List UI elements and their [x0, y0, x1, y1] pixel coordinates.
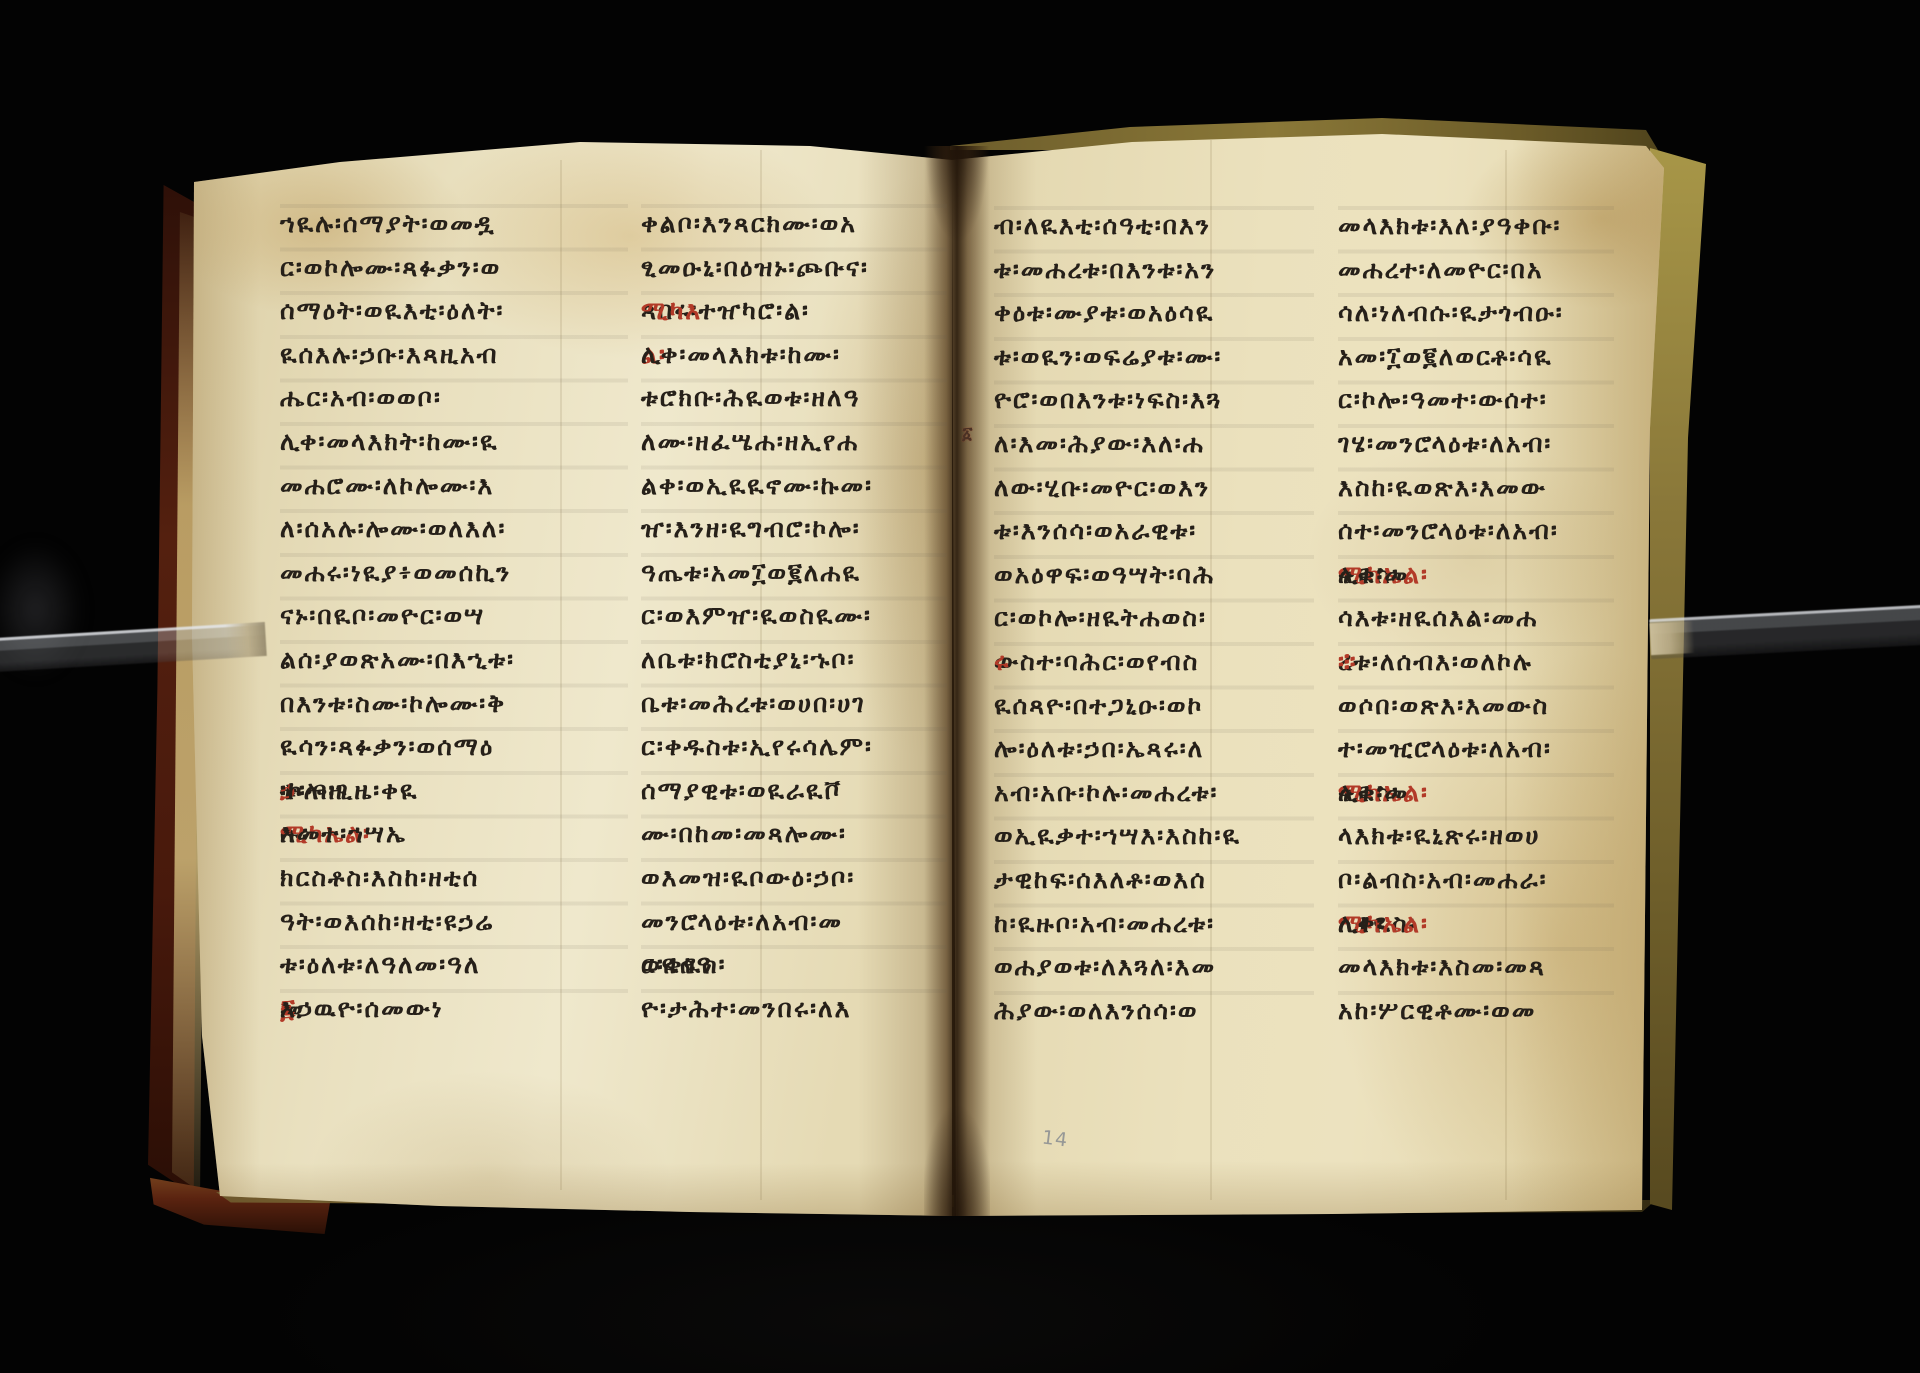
manuscript-text-line: ቱሮክቡ፡ሕዪወቱ፡ዘለዓ	[641, 378, 947, 422]
black-ink-text: ውስተ፡ባሕር፡ወየብስ	[994, 642, 1199, 682]
black-ink-text: ሰማዕት፡ወዪእቲ፡ዕለት፡	[280, 291, 504, 331]
black-ink-text: ኀዪሉ፡ሰማያት፡ወመዷ	[280, 204, 496, 244]
black-ink-text: ሎ፡ዕለቱ፡ኃበ፡ኤጻሩ፡ለ	[994, 729, 1204, 769]
black-ink-text: መሐሮሙ፡ለኮሎሙ፡እ	[280, 466, 494, 506]
left-page-column-1: ኀዪሉ፡ሰማያት፡ወመዷር፡ወኮሎሙ፡ጻፉቃን፡ወሰማዕት፡ወዪእቲ፡ዕለት፡ዪ…	[280, 204, 628, 1032]
black-ink-text: ሊቀ፡መላእክቱ፡ከሙ፡	[641, 335, 841, 375]
manuscript-text-line: መሐሮሙ፡ለኮሎሙ፡እ	[280, 466, 628, 510]
black-ink-text: ፂመዑኒ፡በዕዝኑ፡ጮቡና፡	[641, 248, 869, 288]
black-ink-text: ብ፡ለዪእቲ፡ሰዓቲ፡በእን	[994, 206, 1211, 246]
black-ink-text: ለው፡ሂቡ፡መዮር፡ወእን	[994, 468, 1210, 508]
manuscript-text-line: ሊቀ፡መላእክት፡ከሙ፡ዪ	[280, 422, 628, 466]
manuscript-text-line: ቦ፡ልብስ፡አብ፡መሐራ፡	[1338, 860, 1614, 904]
black-ink-text: ዮ፡ታሕተ፡መንበሩ፡ለእ	[641, 989, 851, 1029]
manuscript-text-line: ሱ፡ሚካኤል፡እመተ፡ኀሣኤ	[280, 814, 628, 858]
black-ink-text: ሔር፡አብ፡ወወቦ፡	[280, 378, 442, 418]
manuscript-text-line: ወሐያወቱ፡ለእጓለ፡እመ	[994, 947, 1314, 991]
black-ink-text: ሰማያዊቱ፡ወዪራዪቮ	[641, 771, 842, 811]
manuscript-text-line: ፂመዑኒ፡በዕዝኑ፡ጮቡና፡	[641, 248, 947, 292]
black-ink-text: ር፡ወኮሎ፡ዘዪትሐወስ፡	[994, 598, 1207, 638]
black-ink-text: ለሙ፡ዘፈሤሐ፡ዘኢየሐ	[641, 422, 859, 462]
black-ink-text: ወዪሰዓ	[641, 945, 713, 985]
right-fore-edge	[1650, 138, 1720, 1216]
manuscript-text-line: ለ፡እመ፡ሕያው፡እለ፡ሐ	[994, 424, 1314, 468]
manuscript-text-line: ቱ፡ዕለቱ፡ለዓለመ፡ዓለ	[280, 945, 628, 989]
black-ink-text: ቱ፡ዕለቱ፡ለዓለመ፡ዓለ	[280, 945, 481, 985]
manuscript-text-line: ር፡ወእምዠ፡ዪወስዪሙ፡	[641, 596, 947, 640]
manuscript-text-line: ቤቱ፡መሕረቱ፡ወሀበ፡ሀገ	[641, 684, 947, 728]
right-plexiglass-strip	[1649, 605, 1920, 659]
manuscript-text-line: አብ፡አቡ፡ኮሉ፡መሐረቱ፡	[994, 773, 1314, 817]
manuscript-text-line: ዪሳን፡ጻፉቃን፡ወሰማዕ	[280, 727, 628, 771]
manuscript-text-line: ላእክቱ፡ዪኒጽሩ፡ዘወሀ	[1338, 816, 1614, 860]
manuscript-text-line: ታዊከፍ፡ሰእለቶ፡ወእሰ	[994, 860, 1314, 904]
rubric-red-text: ሚካእ	[641, 291, 702, 331]
manuscript-text-line: ዓጤቱ፡አመ፲ወ፪ለሐዪ	[641, 553, 947, 597]
black-ink-text: ቱ፡እንሰሳ፡ወአራዊቱ፡	[994, 511, 1197, 551]
manuscript-text-line: ቀዪስ፡ሚካኤል፡ሊቀ፡መ	[1338, 555, 1614, 599]
manuscript-text-line: ዮ፡ታሕተ፡መንበሩ፡ለእ	[641, 989, 947, 1033]
manuscript-text-line: ቱ፡መሐረቱ፡በእንቱ፡አን	[994, 250, 1314, 294]
manuscript-text-line: ወእመዝ፡ዪቦውዕ፡ኃቦ፡	[641, 858, 947, 902]
black-ink-text: በእንቱ፡ስሙ፡ኮሎሙ፡ቅ	[280, 684, 506, 724]
manuscript-text-line: ዪሰጻዮ፡በተጋኒዑ፡ወኮ	[994, 686, 1314, 730]
manuscript-text-line: ር፡ቀዪስ፡ወዪሰዓ	[641, 945, 947, 989]
manuscript-text-line: ሕያው፡ወለእንሰሳ፡ወ	[994, 991, 1314, 1035]
black-ink-text: ሳእቱ፡ዘዪሰእል፡መሐ	[1338, 598, 1538, 638]
black-ink-text: ቀልቦ፡እንጻርክሙ፡ወአ	[641, 204, 857, 244]
right-page-column-1: ብ፡ለዪእቲ፡ሰዓቲ፡በእንቱ፡መሐረቱ፡በእንቱ፡አንቀዕቱ፡ሙያቱ፡ወአዕሳ…	[994, 206, 1314, 1034]
manuscript-text-line: ገሄ፡መንሮላዕቱ፡ለአብ፡	[1338, 424, 1614, 468]
black-ink-text: እመተ፡ኀሣኤ	[280, 814, 407, 854]
black-ink-text: ሰተ፡መንሮላዕቱ፡ለአብ፡	[1338, 511, 1559, 551]
manuscript-text-line: ኀዪሉ፡ሰማያት፡ወመዷ	[280, 204, 628, 248]
black-ink-text: ዪሳን፡ጻፉቃን፡ወሰማዕ	[280, 727, 494, 767]
manuscript-text-line: መላእክቱ፡እለ፡ያዓቀቡ፡	[1338, 206, 1614, 250]
manuscript-text-line: ጻበሩ፡ተዠካሮ፡ል፡ሚካእ	[641, 291, 947, 335]
manuscript-text-line: ሙ፡በከመ፡መጻሎሙ፡	[641, 814, 947, 858]
manuscript-text-line: ወሶበ፡ወጽእ፡እመውስ	[1338, 686, 1614, 730]
black-ink-text: ላእክቱ፡ዪኒጽሩ፡ዘወሀ	[1338, 816, 1541, 856]
black-ink-text: ወኢዪቃተ፡ኀሣእ፡እስከ፡ዪ	[994, 816, 1241, 856]
black-ink-text: ክርስቶስ፡እስከ፡ዘቲሰ	[280, 858, 479, 898]
black-ink-text: ለቤቱ፡ክሮስቲያኒ፡ኁቦ፡	[641, 640, 856, 680]
black-ink-text: መላእክቱ፡እለ፡ያዓቀቡ፡	[1338, 206, 1561, 246]
black-ink-text: ሳለ፡ነለብሱ፡ዪታጎብዑ፡	[1338, 293, 1564, 333]
manuscript-text-line: ቀዕቱ፡ሙያቱ፡ወአዕሳዪ	[994, 293, 1314, 337]
manuscript-text-line: ለቤቱ፡ክሮስቲያኒ፡ኁቦ፡	[641, 640, 947, 684]
black-ink-text: ወአዕዋፍ፡ወዓሣት፡ባሕ	[994, 555, 1215, 595]
manuscript-text-line: ዓት፡ወእሰከ፡ዘቲ፡ዩኃሬ	[280, 902, 628, 946]
black-ink-text: ወእመዝ፡ዪቦውዕ፡ኃቦ፡	[641, 858, 855, 898]
manuscript-text-line: መሐረተ፡ለመዮር፡በአ	[1338, 250, 1614, 294]
black-ink-text: አከ፡ሦርዊቶሙ፡ወመ	[1338, 991, 1536, 1031]
manuscript-text-line: አመ፡፲ወ፪ለወርቶ፡ሳዪ	[1338, 337, 1614, 381]
manuscript-text-line: ቱ፡እንሰሳ፡ወአራዊቱ፡	[994, 511, 1314, 555]
manuscript-text-line: ልቀ፡ወኢዪዪኖሙ፡ኩመ፡	[641, 466, 947, 510]
rubric-red-text: ፨	[1338, 642, 1358, 682]
black-ink-text: ሙ፡በከመ፡መጻሎሙ፡	[641, 814, 847, 854]
black-ink-text: መንሮላዕቱ፡ለአብ፡መ	[641, 902, 843, 942]
manuscript-text-line: ወአዕዋፍ፡ወዓሣት፡ባሕ	[994, 555, 1314, 599]
black-ink-text: ዓጤቱ፡አመ፲ወ፪ለሐዪ	[641, 553, 861, 593]
black-ink-text: እኃዉዮ፡ሰመውነ	[280, 989, 444, 1029]
manuscript-text-line: ከ፡ዪዙቦ፡አብ፡መሐረቱ፡	[994, 904, 1314, 948]
manuscript-text-line: ለው፡ሂቡ፡መዮር፡ወእን	[994, 468, 1314, 512]
black-ink-text: ወሶበ፡ወጽእ፡እመውስ	[1338, 686, 1549, 726]
manuscript-text-line: ለሙ፡ዘፈሤሐ፡ዘኢየሐ	[641, 422, 947, 466]
black-ink-text: ሕያው፡ወለእንሰሳ፡ወ	[994, 991, 1199, 1031]
manuscript-text-line: ሔር፡አብ፡ወወቦ፡	[280, 378, 628, 422]
black-ink-text: ቱ፡መሐረቱ፡በእንቱ፡አን	[994, 250, 1216, 290]
manuscript-text-line: ሰማዕት፡ወዪእቲ፡ዕለት፡	[280, 291, 628, 335]
manuscript-text-line: ሎ፡ዕለቱ፡ኃበ፡ኤጻሩ፡ለ	[994, 729, 1314, 773]
manuscript-text-line: ር፡ቀዱስቱ፡ኢየሩሳሌም፡	[641, 727, 947, 771]
marginal-numeral: ፩	[962, 424, 972, 444]
manuscript-text-line: ር፡ወኮሎሙ፡ጻፉቃን፡ወ	[280, 248, 628, 292]
black-ink-text: ወሐያወቱ፡ለእጓለ፡እመ	[994, 947, 1216, 987]
manuscript-text-line: ቀዪስ፡ሚካኤል፡ሊቀ፡መ	[1338, 773, 1614, 817]
rubric-red-text: ሩ	[994, 642, 1010, 682]
black-ink-text: ዓት፡ወእሰከ፡ዘቲ፡ዩኃሬ	[280, 902, 494, 942]
manuscript-text-line: ልሰ፡ያወጽአሙ፡በእኂቱ፡	[280, 640, 628, 684]
black-ink-text: ቱ፡ወዪን፡ወፍሬያቱ፡ሙ፡	[994, 337, 1222, 377]
manuscript-text-line: ዪሰእሉ፡ኃቡ፡እጻዚአብ	[280, 335, 628, 379]
black-ink-text: ተ፡መዢሮላዕቱ፡ለአብ፡	[1338, 729, 1552, 769]
manuscript-text-line: ውስተ፡ባሕር፡ወየብስሩ	[994, 642, 1314, 686]
black-ink-text: ዮሮ፡ወበእንቱ፡ነፍስ፡እጓ	[994, 380, 1222, 420]
black-ink-text: ለ፡እመ፡ሕያው፡እለ፡ሐ	[994, 424, 1205, 464]
manuscript-text-line: መ፯እኃዉዮ፡ሰመውነ	[280, 989, 628, 1033]
black-ink-text: አብ፡አቡ፡ኮሉ፡መሐረቱ፡	[994, 773, 1218, 813]
manuscript-text-line: ዮሮ፡ወበእንቱ፡ነፍስ፡እጓ	[994, 380, 1314, 424]
manuscript-text-line: ለቀዪስ፡ሚካኤል፡ሊቀ፡	[1338, 904, 1614, 948]
black-ink-text: አመ፡፲ወ፪ለወርቶ፡ሳዪ	[1338, 337, 1552, 377]
manuscript-text-line: አከ፡ሦርዊቶሙ፡ወመ	[1338, 991, 1614, 1035]
black-ink-text: ቀዕቱ፡ሙያቱ፡ወአዕሳዪ	[994, 293, 1214, 333]
black-ink-text: እስከ፡ዪወጽእ፡እመው	[1338, 468, 1547, 508]
black-ink-text: ከ፡ዪዙቦ፡አብ፡መሐረቱ፡	[994, 904, 1215, 944]
black-ink-text: ዠ፡እንዘ፡ዪግብሮ፡ኮሎ፡	[641, 509, 861, 549]
black-ink-text: ልሰ፡ያወጽአሙ፡በእኂቱ፡	[280, 640, 515, 680]
black-ink-text: ታዊከፍ፡ሰእለቶ፡ወእሰ	[994, 860, 1207, 900]
manuscript-text-line: ረቱ፡ለሰብእ፡ወለኮሉ፨	[1338, 642, 1614, 686]
manuscript-text-line: ሳእቱ፡ዘዪሰእል፡መሐ	[1338, 598, 1614, 642]
black-ink-text: ር፡ኮሎ፡ዓመተ፡ውሰተ፡	[1338, 380, 1548, 420]
black-ink-text: ፡ኮሎ፡ጊዜ፡ቀዪ	[280, 771, 418, 811]
manuscript-text-line: ብ፡ለዪእቲ፡ሰዓቲ፡በእን	[994, 206, 1314, 250]
manuscript-text-line: ቱ፡ወዪን፡ወፍሬያቱ፡ሙ፡	[994, 337, 1314, 381]
black-ink-text: ር፡ወእምዠ፡ዪወስዪሙ፡	[641, 596, 872, 636]
black-ink-text: መላእክቱ፡እስመ፡መጻ	[1338, 947, 1546, 987]
manuscript-text-line: ቀልቦ፡እንጻርክሙ፡ወአ	[641, 204, 947, 248]
manuscript-text-line: እስከ፡ዪወጽእ፡እመው	[1338, 468, 1614, 512]
black-ink-text: ሊቀ፡መ	[1338, 555, 1409, 595]
black-ink-text: ሊቀ፡መላእክት፡ከሙ፡ዪ	[280, 422, 498, 462]
black-ink-text: ር፡ወኮሎሙ፡ጻፉቃን፡ወ	[280, 248, 501, 288]
manuscript-text-line: ል፡ሊቀ፡መላእክቱ፡ከሙ፡	[641, 335, 947, 379]
black-ink-text: ዪሰጻዮ፡በተጋኒዑ፡ወኮ	[994, 686, 1203, 726]
pencil-folio-number: 14	[1041, 1126, 1070, 1151]
manuscript-text-line: ተ፡መዢሮላዕቱ፡ለአብ፡	[1338, 729, 1614, 773]
black-ink-text: ናኑ፡በዪቦ፡መዮር፡ወሣ	[280, 596, 485, 636]
black-ink-text: ሊቀ፡	[1338, 904, 1384, 944]
black-ink-text: ገሄ፡መንሮላዕቱ፡ለአብ፡	[1338, 424, 1552, 464]
black-ink-text: መሐረተ፡ለመዮር፡በአ	[1338, 250, 1544, 290]
black-ink-text: ዪሰእሉ፡ኃቡ፡እጻዚአብ	[280, 335, 498, 375]
black-ink-text: መሐሩ፡ነዪያ፥ወመሰኪን	[280, 553, 511, 593]
manuscript-text-line: ክርስቶስ፡እስከ፡ዘቲሰ	[280, 858, 628, 902]
manuscript-text-line: መላእክቱ፡እስመ፡መጻ	[1338, 947, 1614, 991]
manuscript-text-line: መሐሩ፡ነዪያ፥ወመሰኪን	[280, 553, 628, 597]
manuscript-text-line: ናኑ፡በዪቦ፡መዮር፡ወሣ	[280, 596, 628, 640]
manuscript-text-line: ሳለ፡ነለብሱ፡ዪታጎብዑ፡	[1338, 293, 1614, 337]
manuscript-text-line: ለ፡ሰአሉ፡ሎሙ፡ወለእለ፡	[280, 509, 628, 553]
manuscript-text-line: በእንቱ፡ስሙ፡ኮሎሙ፡ቅ	[280, 684, 628, 728]
manuscript-text-line: ር፡ኮሎ፡ዓመተ፡ውሰተ፡	[1338, 380, 1614, 424]
right-page-column-2: መላእክቱ፡እለ፡ያዓቀቡ፡መሐረተ፡ለመዮር፡በአሳለ፡ነለብሱ፡ዪታጎብዑ፡…	[1338, 206, 1614, 1034]
photo-stage: ኀዪሉ፡ሰማያት፡ወመዷር፡ወኮሎሙ፡ጻፉቃን፡ወሰማዕት፡ወዪእቲ፡ዕለት፡ዪ…	[0, 0, 1920, 1373]
left-page-column-2: ቀልቦ፡እንጻርክሙ፡ወአፂመዑኒ፡በዕዝኑ፡ጮቡና፡ጻበሩ፡ተዠካሮ፡ል፡ሚካ…	[641, 204, 947, 1032]
black-ink-text: ረቱ፡ለሰብእ፡ወለኮሉ	[1338, 642, 1533, 682]
manuscript-text-line: ዠ፡እንዘ፡ዪግብሮ፡ኮሎ፡	[641, 509, 947, 553]
manuscript-text-line: ሰማያዊቱ፡ወዪራዪቮ	[641, 771, 947, 815]
manuscript-text-line: ቱ፡ብዙኃ፡ኮሎ፡ጊዜ፡ቀዪ	[280, 771, 628, 815]
black-ink-text: ቱሮክቡ፡ሕዪወቱ፡ዘለዓ	[641, 378, 860, 418]
manuscript-text-line: ር፡ወኮሎ፡ዘዪትሐወስ፡	[994, 598, 1314, 642]
black-ink-text: ቦ፡ልብስ፡አብ፡መሐራ፡	[1338, 860, 1547, 900]
manuscript-text-line: ሰተ፡መንሮላዕቱ፡ለአብ፡	[1338, 511, 1614, 555]
manuscript-text-line: ወኢዪቃተ፡ኀሣእ፡እስከ፡ዪ	[994, 816, 1314, 860]
black-ink-text: ቤቱ፡መሕረቱ፡ወሀበ፡ሀገ	[641, 684, 866, 724]
black-ink-text: ር፡ቀዱስቱ፡ኢየሩሳሌም፡	[641, 727, 873, 767]
black-ink-text: ሊቀ፡መ	[1338, 773, 1409, 813]
black-ink-text: ለ፡ሰአሉ፡ሎሙ፡ወለእለ፡	[280, 509, 506, 549]
manuscript-text-line: መንሮላዕቱ፡ለአብ፡መ	[641, 902, 947, 946]
black-ink-text: ልቀ፡ወኢዪዪኖሙ፡ኩመ፡	[641, 466, 873, 506]
